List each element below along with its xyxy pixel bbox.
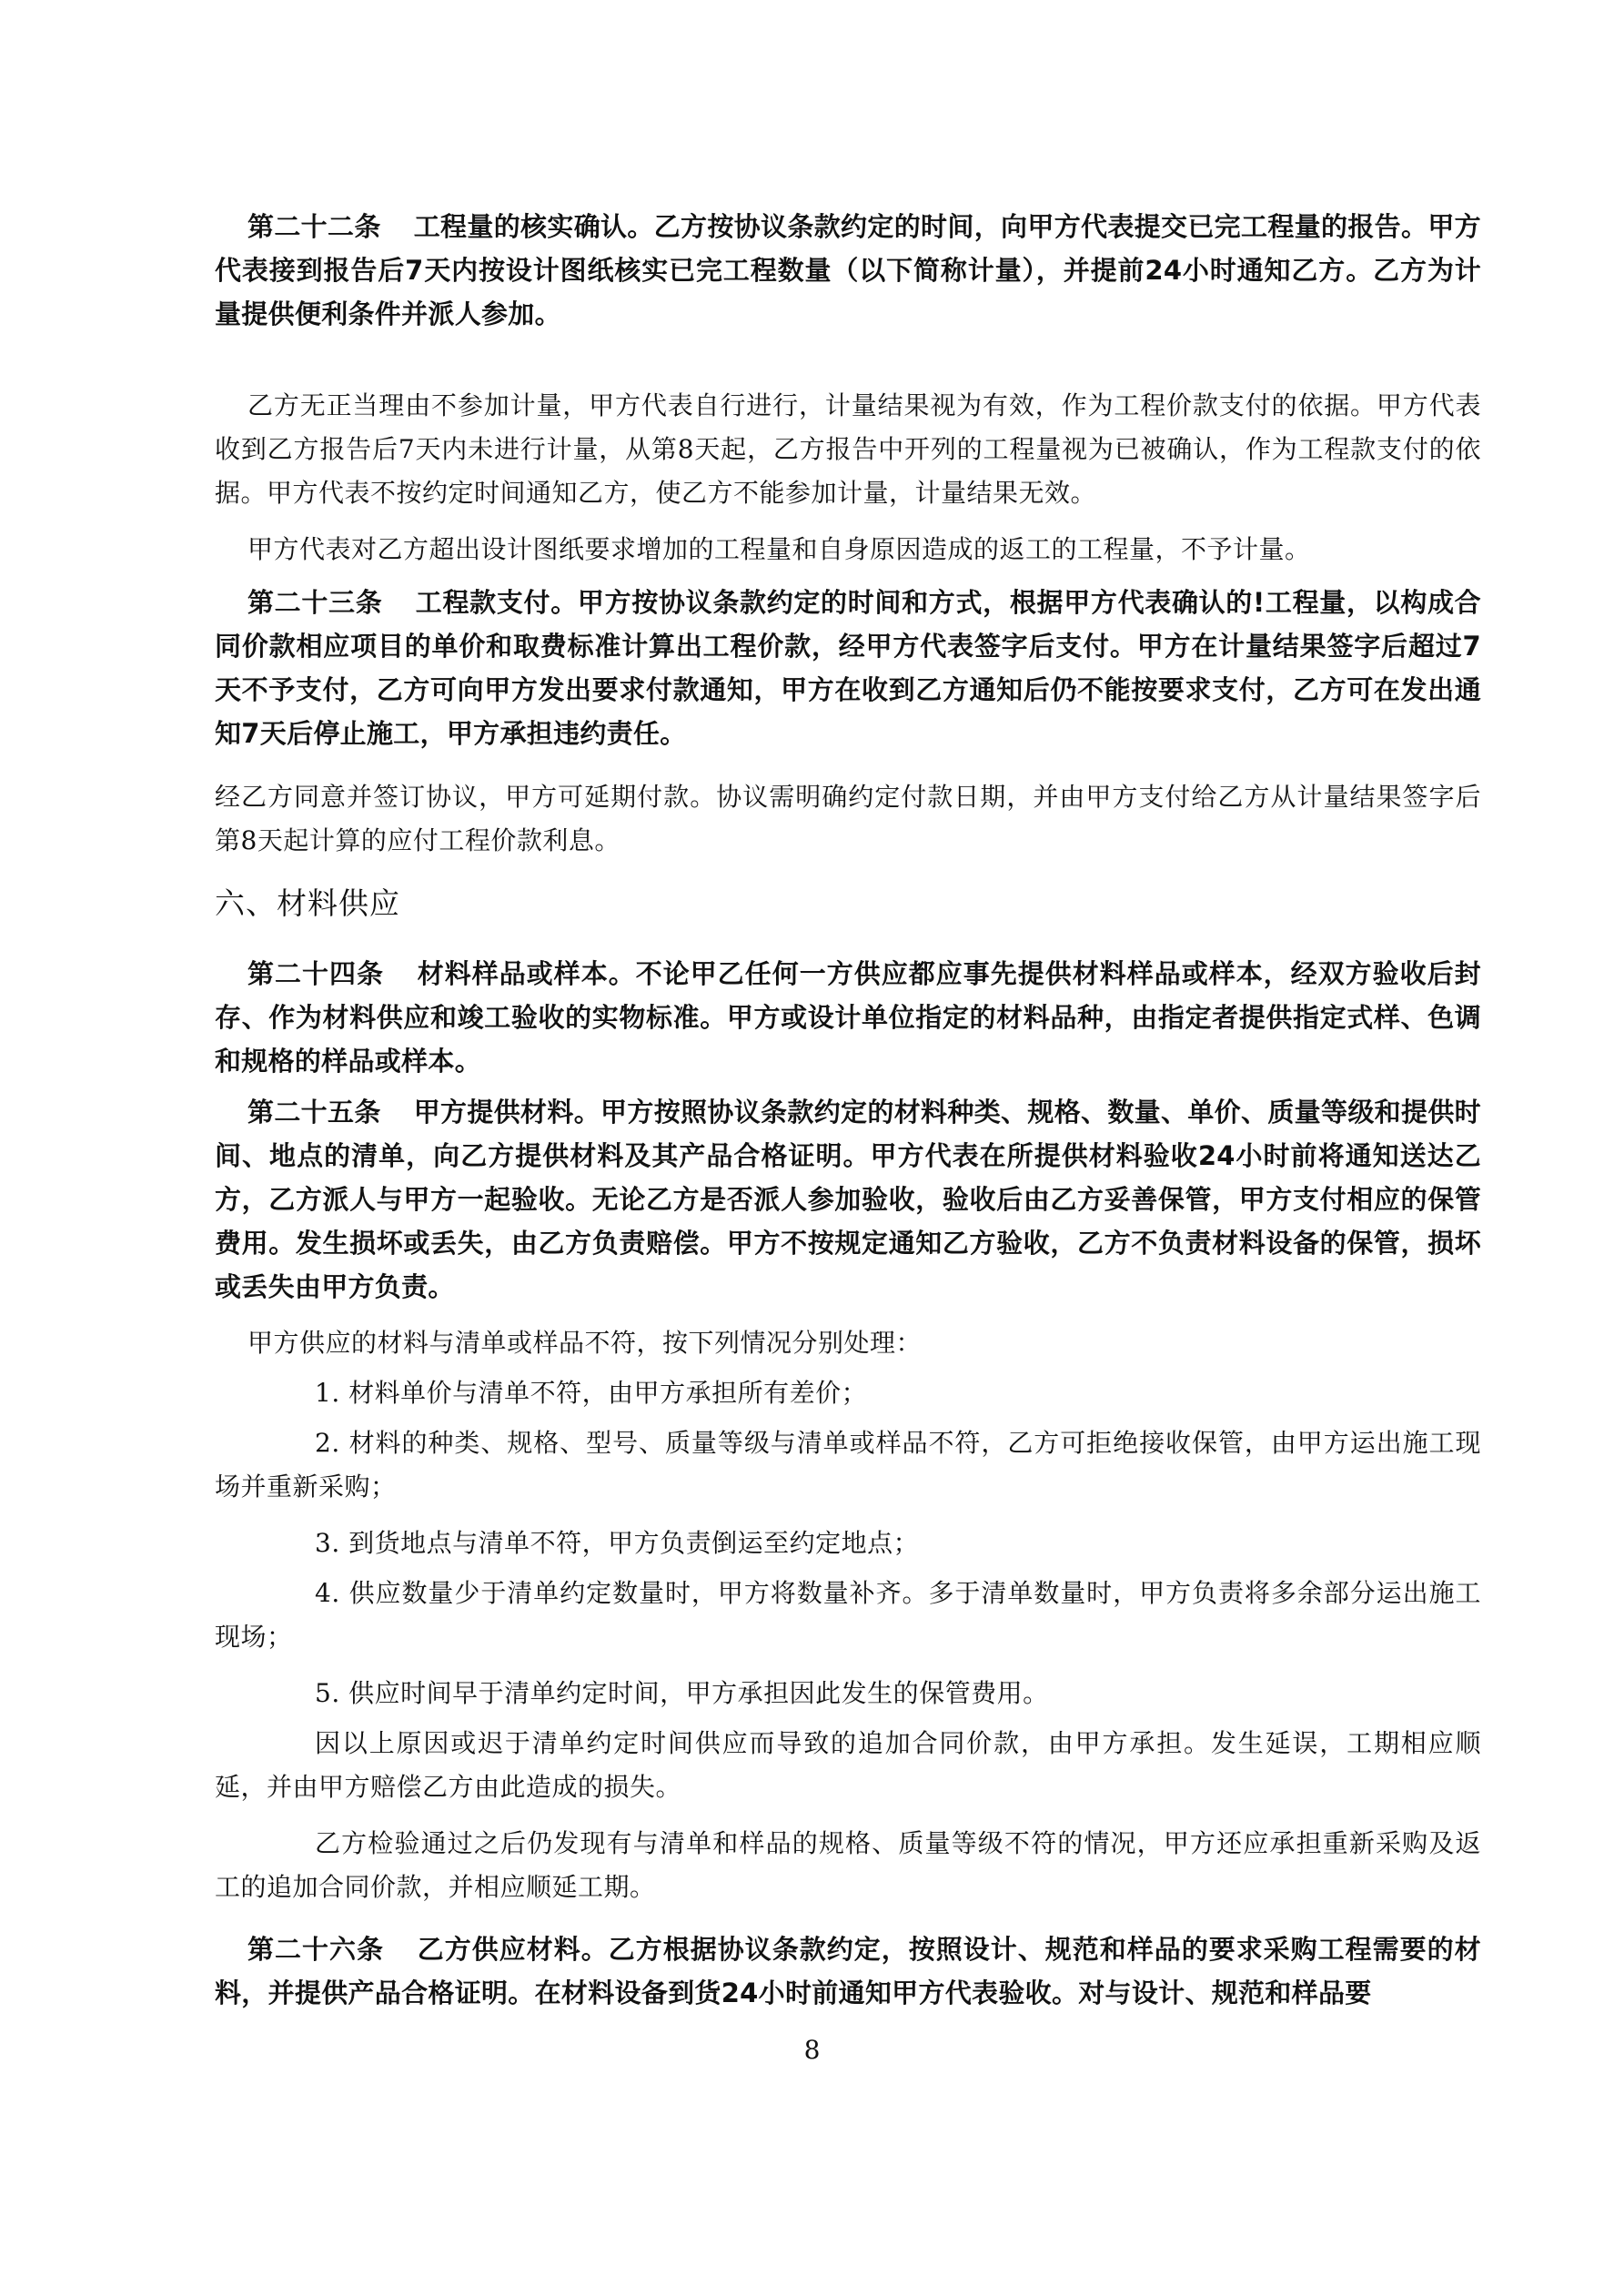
article-25-inspection-paragraph: 乙方检验通过之后仍发现有与清单和样品的规格、质量等级不符的情况，甲方还应承担重新… bbox=[215, 1822, 1481, 1909]
article-23-label: 第二十三条 bbox=[247, 587, 382, 618]
article-25-body: 甲方提供材料。甲方按照协议条款约定的材料种类、规格、数量、单价、质量等级和提供时… bbox=[215, 1097, 1481, 1302]
list-item-2: 2. 材料的种类、规格、型号、质量等级与清单或样品不符，乙方可拒绝接收保管，由甲… bbox=[215, 1421, 1481, 1509]
article-25-delay-paragraph: 因以上原因或迟于清单约定时间供应而导致的追加合同价款，由甲方承担。发生延误，工期… bbox=[215, 1722, 1481, 1809]
list-item-4: 4. 供应数量少于清单约定数量时，甲方将数量补齐。多于清单数量时，甲方负责将多余… bbox=[215, 1572, 1481, 1659]
article-24-heading: 第二十四条材料样品或样本。不论甲乙任何一方供应都应事先提供材料样品或样本，经双方… bbox=[215, 952, 1481, 1083]
article-22-body: 工程量的核实确认。乙方按协议条款约定的时间，向甲方代表提交已完工程量的报告。甲方… bbox=[215, 211, 1481, 329]
article-23-body: 工程款支付。甲方按协议条款约定的时间和方式，根据甲方代表确认的!工程量，以构成合… bbox=[215, 587, 1481, 749]
article-22-heading: 第二十二条工程量的核实确认。乙方按协议条款约定的时间，向甲方代表提交已完工程量的… bbox=[215, 205, 1481, 336]
article-23-heading: 第二十三条工程款支付。甲方按协议条款约定的时间和方式，根据甲方代表确认的!工程量… bbox=[215, 581, 1481, 755]
article-24-body: 材料样品或样本。不论甲乙任何一方供应都应事先提供材料样品或样本，经双方验收后封存… bbox=[215, 958, 1481, 1077]
list-item-3: 3. 到货地点与清单不符，甲方负责倒运至约定地点； bbox=[215, 1522, 1481, 1565]
article-23-paragraph-1: 经乙方同意并签订协议，甲方可延期付款。协议需明确约定付款日期，并由甲方支付给乙方… bbox=[215, 775, 1481, 863]
article-26-label: 第二十六条 bbox=[247, 1934, 384, 1965]
article-25-intro: 甲方供应的材料与清单或样品不符，按下列情况分别处理： bbox=[215, 1321, 1481, 1365]
article-24-label: 第二十四条 bbox=[247, 958, 384, 989]
section-heading-materials: 六、材料供应 bbox=[215, 881, 1481, 926]
list-item-1: 1. 材料单价与清单不符，由甲方承担所有差价； bbox=[215, 1371, 1481, 1415]
article-26-body: 乙方供应材料。乙方根据协议条款约定，按照设计、规范和样品的要求采购工程需要的材料… bbox=[215, 1934, 1481, 2008]
article-22-paragraph-2: 甲方代表对乙方超出设计图纸要求增加的工程量和自身原因造成的返工的工程量，不予计量… bbox=[215, 528, 1481, 571]
list-item-5: 5. 供应时间早于清单约定时间，甲方承担因此发生的保管费用。 bbox=[215, 1672, 1481, 1715]
article-26-heading: 第二十六条乙方供应材料。乙方根据协议条款约定，按照设计、规范和样品的要求采购工程… bbox=[215, 1927, 1481, 2015]
page-number: 8 bbox=[0, 2035, 1624, 2065]
article-22-paragraph-1: 乙方无正当理由不参加计量，甲方代表自行进行，计量结果视为有效，作为工程价款支付的… bbox=[215, 384, 1481, 515]
article-22-label: 第二十二条 bbox=[247, 211, 381, 242]
article-25-label: 第二十五条 bbox=[247, 1097, 381, 1128]
article-25-heading: 第二十五条甲方提供材料。甲方按照协议条款约定的材料种类、规格、数量、单价、质量等… bbox=[215, 1090, 1481, 1309]
